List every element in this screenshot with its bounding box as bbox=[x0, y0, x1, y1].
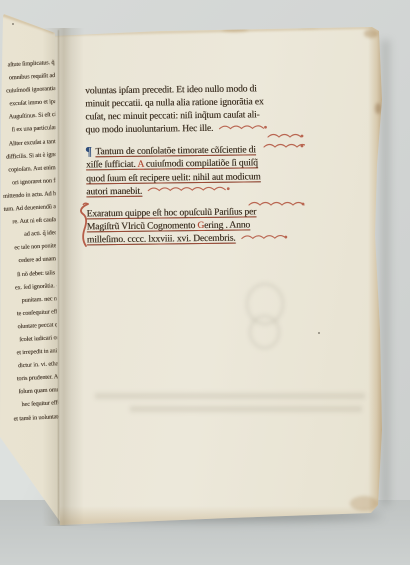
rubric-flourish-icon bbox=[240, 234, 288, 243]
book-photo: aſtute ſimplicatus. q̃omnibus requiſit a… bbox=[0, 0, 410, 565]
foxing-spot bbox=[222, 27, 248, 32]
foxing-spot bbox=[375, 103, 381, 114]
line-text: autori manebit. bbox=[86, 185, 142, 197]
line-text: Tantum de conſolatõe timorate cõſcientie… bbox=[95, 145, 256, 158]
rubric-flourish-icon bbox=[263, 143, 305, 151]
show-through bbox=[95, 393, 365, 399]
foxing-spot bbox=[350, 496, 378, 511]
pilcrow-mark: ¶ bbox=[86, 145, 92, 159]
foxing-spot bbox=[298, 24, 318, 28]
left-page-top-edge bbox=[1, 13, 55, 34]
right-page-top-edge bbox=[54, 26, 378, 36]
line-text: cuſat, nec minuit peccati: niſi inq̃tum … bbox=[85, 109, 259, 122]
margin-flourish bbox=[258, 138, 305, 156]
line-text: voluntas ipſam precedit. Et ideo nullo m… bbox=[85, 83, 257, 96]
show-through bbox=[130, 406, 362, 412]
line-text: minuit peccatii. qa nulla alia ratione i… bbox=[85, 96, 263, 109]
text-block: voluntas ipſam precedit. Et ideo nullo m… bbox=[85, 82, 319, 256]
rubric-flourish-icon bbox=[147, 186, 231, 195]
foxing-spot bbox=[364, 29, 378, 38]
right-page: voluntas ipſam precedit. Et ideo nullo m… bbox=[0, 0, 410, 565]
text-line: milleſimo. cccc. lxxviii. xvi. Decembris… bbox=[87, 231, 319, 247]
line-text: Exaratum quippe eſt hoc opuſculũ Pariſiu… bbox=[86, 206, 256, 219]
line-text: xiſſe ſufficiat. A cuiuſmodi compilatiõe… bbox=[86, 158, 258, 171]
ink-speck bbox=[318, 332, 320, 334]
line-text: Magiſtrũ Vlricũ Cognomento Gering . Anno bbox=[87, 219, 250, 232]
line-text: milleſimo. cccc. lxxviii. xvi. Decembris… bbox=[87, 233, 236, 246]
line-text: quo modo inuoluntarium. Hec ille. bbox=[85, 123, 213, 136]
line-text: quod ſuum eſt recipere uelit: nihil aut … bbox=[86, 171, 261, 184]
page-edge-shadow bbox=[381, 40, 390, 505]
rubric-flourish-icon bbox=[218, 124, 268, 133]
rubric-flourish-icon bbox=[248, 201, 306, 209]
show-through bbox=[249, 315, 280, 349]
margin-flourish bbox=[243, 196, 306, 214]
ink-speck bbox=[12, 23, 14, 25]
